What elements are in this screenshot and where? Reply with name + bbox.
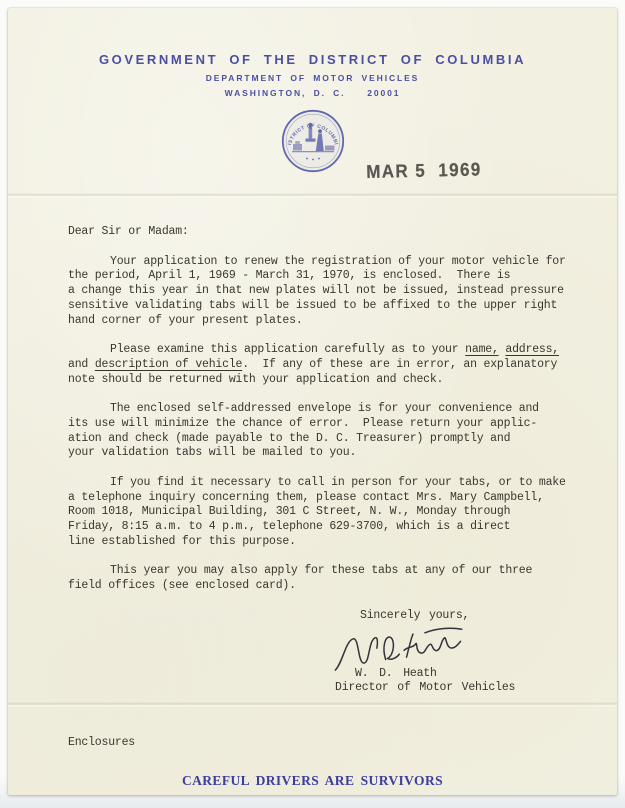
underlined-address: address, [505, 343, 559, 356]
signer-name: W. D. Heath [355, 667, 437, 680]
letterhead-department-line: DEPARTMENT OF MOTOR VEHICLES [8, 73, 617, 83]
letterhead-address-line: WASHINGTON, D. C. 20001 [8, 88, 617, 98]
paragraph-2: Please examine this application carefull… [68, 343, 584, 387]
enclosures-note: Enclosures [68, 736, 135, 749]
fold-crease-top [8, 193, 617, 198]
underlined-description: description of vehicle [95, 358, 242, 371]
letterhead-government-line: GOVERNMENT OF THE DISTRICT OF COLUMBIA [8, 52, 617, 67]
fold-crease-bottom [8, 702, 617, 707]
salutation: Dear Sir or Madam: [68, 225, 584, 240]
footer-slogan: CAREFUL DRIVERS ARE SURVIVORS [8, 773, 617, 789]
letterhead: GOVERNMENT OF THE DISTRICT OF COLUMBIA D… [8, 52, 617, 98]
paragraph-1: Your application to renew the registrati… [68, 255, 584, 329]
paragraph-3: The enclosed self-addressed envelope is … [68, 402, 584, 461]
paragraph-5: This year you may also apply for these t… [68, 564, 584, 594]
handwritten-signature [330, 625, 486, 673]
paragraph-4: If you find it necessary to call in pers… [68, 476, 584, 550]
signer-title: Director of Motor Vehicles [335, 681, 515, 694]
scanned-letter: GOVERNMENT OF THE DISTRICT OF COLUMBIA D… [0, 0, 625, 808]
received-date-stamp: MAR 5 1969 [366, 158, 482, 183]
closing-line: Sincerely yours, [360, 609, 469, 622]
paragraph-2-text: Please examine this application carefull… [110, 343, 465, 356]
paragraph-2-text: and [68, 358, 95, 371]
letter-body: Dear Sir or Madam: Your application to r… [68, 225, 584, 609]
underlined-name: name, [465, 343, 499, 356]
letter-paper: GOVERNMENT OF THE DISTRICT OF COLUMBIA D… [8, 8, 617, 795]
dc-seal-icon: DISTRICT OF COLUMBIA [280, 108, 346, 174]
